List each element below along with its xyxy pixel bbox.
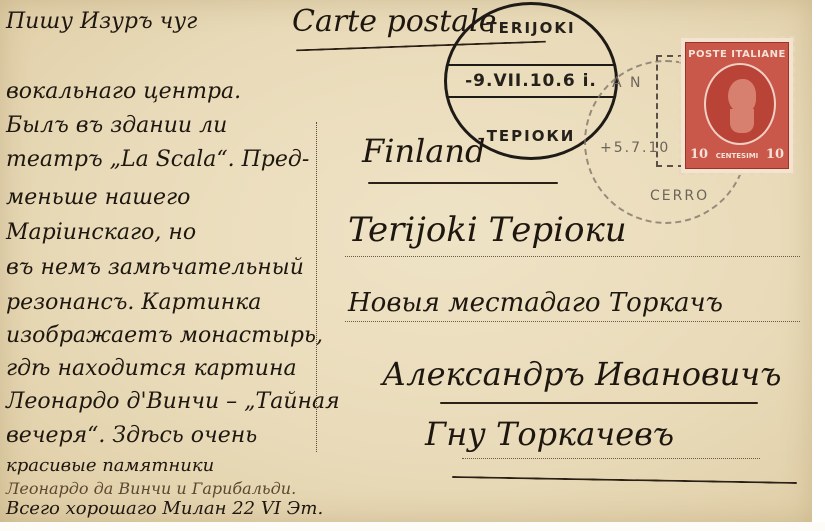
stamp-country: POSTE ITALIANE xyxy=(686,49,788,60)
country-underline xyxy=(368,182,558,184)
italian-postmark-bottom: CERRO xyxy=(650,188,709,204)
message-signature-line: Всего хорошаго Милан 22 VI Эт. xyxy=(6,495,323,522)
italian-postmark-top: A N xyxy=(612,75,643,91)
message-line: меньше нашего xyxy=(6,184,190,211)
message-line: Пишу Изуръ чуг xyxy=(6,8,197,35)
message-line: театръ „La Scala“. Пред- xyxy=(6,146,309,173)
king-portrait-bust xyxy=(730,109,754,133)
address-final-underline xyxy=(452,476,797,484)
card-divider xyxy=(316,122,317,452)
stamp-face: POSTE ITALIANE 10 CENTESIMI 10 xyxy=(685,42,789,169)
address-line-3-text: Александръ Ивановичъ xyxy=(382,355,781,393)
message-line: Марiинскаго, но xyxy=(6,219,196,246)
address-line-4-text: Гну Торкачевъ xyxy=(425,415,674,453)
address-line-4 xyxy=(462,458,760,459)
message-line: вокальнаго центра. xyxy=(6,78,241,105)
address-line-2-text: Новыя местадаго Торкачъ xyxy=(348,288,723,318)
postmark-top-text: TERIJOKI xyxy=(447,19,615,37)
message-line: вечеря“. Здѣсь очень xyxy=(6,422,257,449)
postmark-date: -9.VII.10.6 i. xyxy=(447,64,615,98)
address-line-1 xyxy=(345,256,800,257)
address-line-2 xyxy=(345,321,800,322)
king-portrait-icon xyxy=(728,79,756,113)
scan-margin xyxy=(0,522,825,531)
address-country: Finland xyxy=(362,132,485,170)
message-line: гдѣ находится картина xyxy=(6,355,297,382)
address-town: Terijoki Терiоки xyxy=(348,210,627,250)
message-line: Леонардо д'Винчи – „Тайная xyxy=(6,388,340,415)
postcard: Carte postale Пишу Изуръ чуг вокальнаго … xyxy=(0,0,812,522)
postmark-date-text: -9.VII.10.6 i. xyxy=(465,71,597,91)
italian-postmark-date: +5.7.10 xyxy=(600,140,670,156)
message-line: изображаетъ монастырь, xyxy=(6,322,323,349)
address-line-3 xyxy=(440,402,758,404)
message-line: въ немъ замѣчательный xyxy=(6,254,304,281)
message-line: резонансъ. Картинка xyxy=(6,289,261,316)
stamp-portrait-frame xyxy=(704,63,776,145)
stamp-value-right: 10 xyxy=(766,147,784,162)
postage-stamp: POSTE ITALIANE 10 CENTESIMI 10 xyxy=(681,38,793,173)
message-line: Былъ въ здании ли xyxy=(6,112,227,139)
